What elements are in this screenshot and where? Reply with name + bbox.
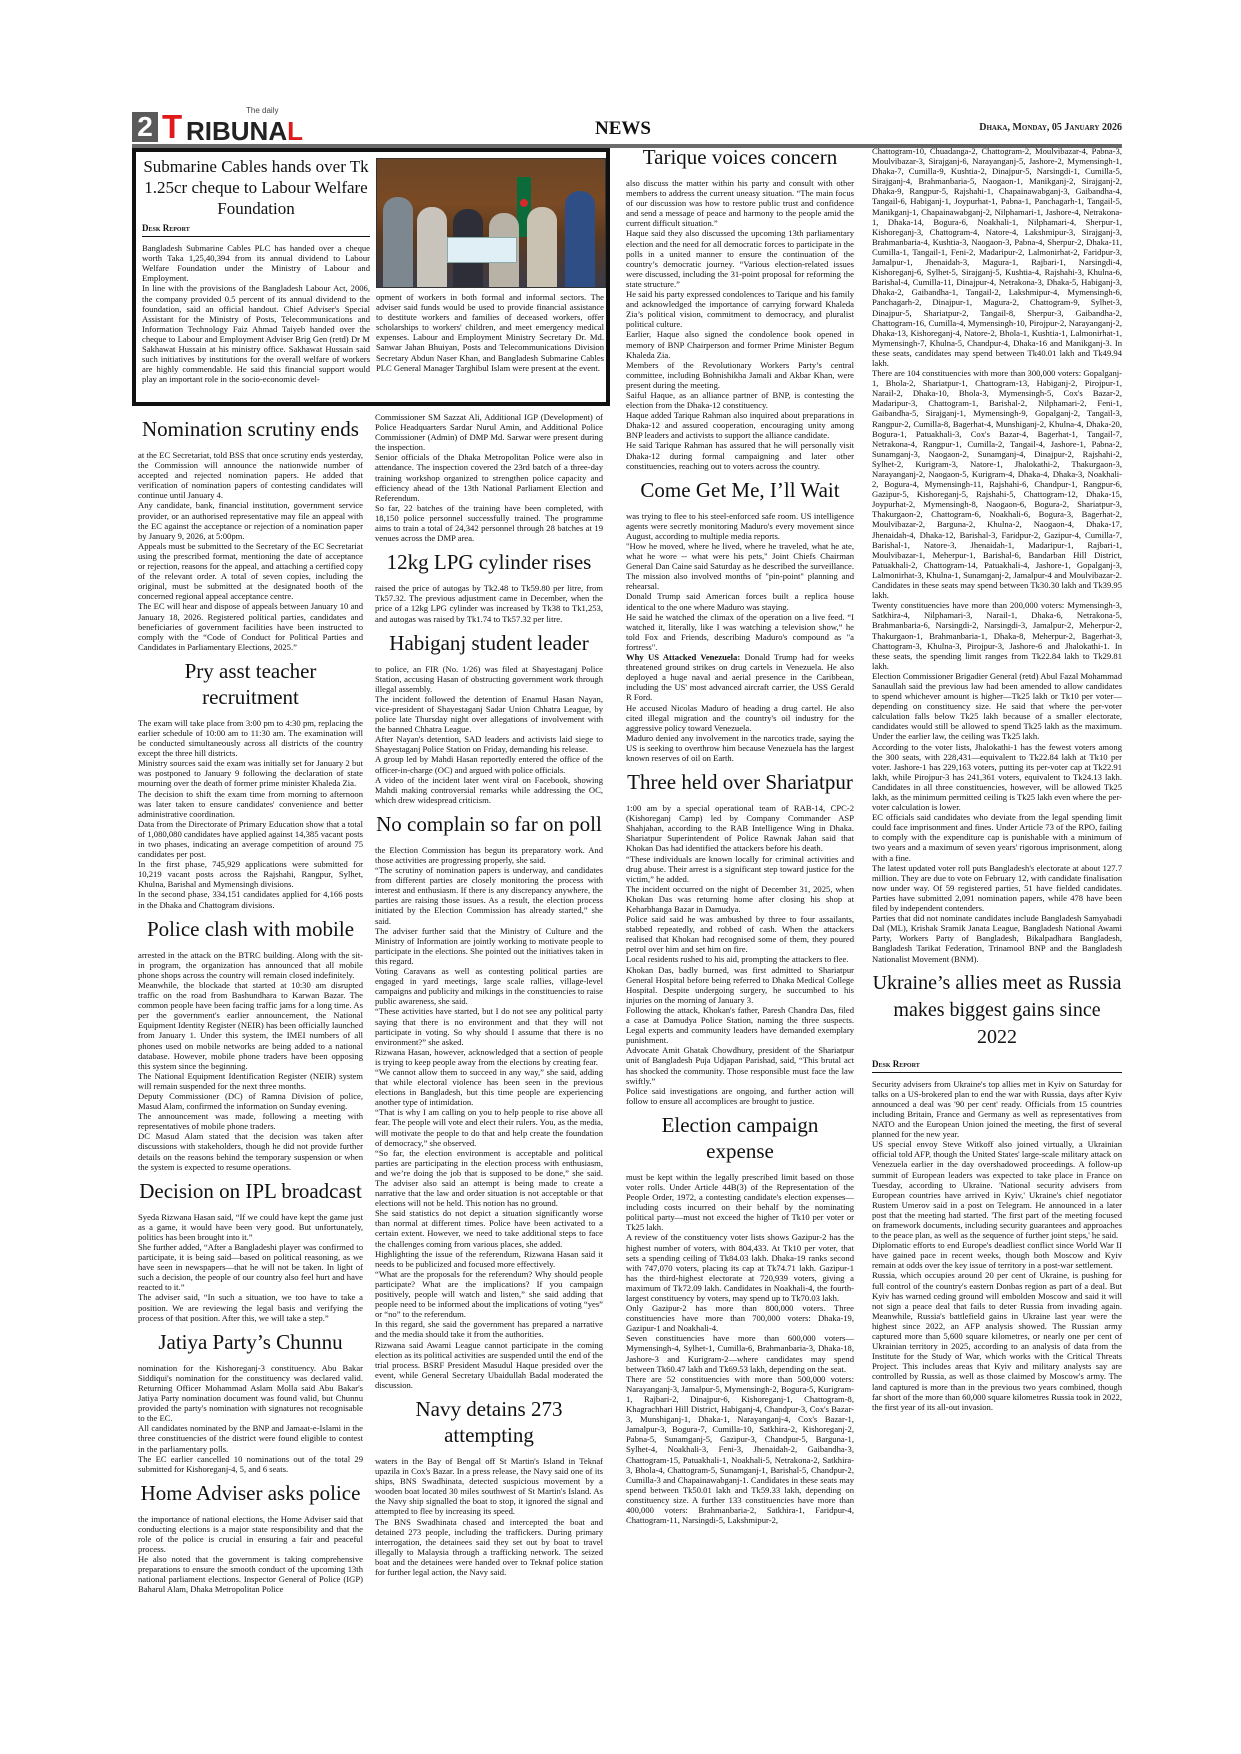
- headline: Decision on IPL broadcast: [138, 1178, 363, 1204]
- paragraph: Russia, which occupies around 20 per cen…: [872, 1270, 1122, 1411]
- paragraph: He said he watched the climax of the ope…: [626, 612, 854, 652]
- logo-tagline: The daily: [246, 106, 278, 115]
- lead-story-col-2: opment of workers in both formal and inf…: [376, 292, 604, 373]
- article-election-expense: Election campaign expense must be kept w…: [626, 1112, 854, 1525]
- headline: 12kg LPG cylinder rises: [375, 549, 603, 575]
- paragraph: Diplomatic efforts to end Europe's deadl…: [872, 1240, 1122, 1270]
- paragraph: the Election Commission has begun its pr…: [375, 845, 603, 865]
- paragraph: After Nayan's detention, SAD leaders and…: [375, 734, 603, 754]
- paragraph: waters in the Bay of Bengal off St Marti…: [375, 1456, 603, 1517]
- logo-wordmark: RIBUNAL: [186, 118, 303, 144]
- paragraph: DC Masud Alam stated that the decision w…: [138, 1131, 363, 1171]
- paragraph: The announcement was made, following a m…: [138, 1111, 363, 1131]
- paragraph: “We cannot allow them to succeed in any …: [375, 1067, 603, 1107]
- logo-word-main: RIBUNA: [186, 116, 287, 146]
- article-ukraine: Ukraine’s allies meet as Russia makes bi…: [872, 970, 1122, 1412]
- paragraph: 1:00 am by a special operational team of…: [626, 803, 854, 853]
- paragraph: He said his party expressed condolences …: [626, 289, 854, 329]
- lead-story-col-1: Submarine Cables hands over Tk 1.25cr ch…: [142, 154, 370, 384]
- article-home-adviser-continued: Commissioner SM Sazzat Ali, Additional I…: [375, 412, 603, 543]
- logo-letter-t: T: [162, 110, 181, 144]
- headline: No complain so far on poll: [375, 811, 603, 837]
- paragraph: The incident followed the detention of E…: [375, 694, 603, 734]
- section-title: NEWS: [595, 118, 651, 140]
- paragraph: Donald Trump said American forces built …: [626, 591, 854, 611]
- article-poll: No complain so far on poll the Election …: [375, 811, 603, 1390]
- paragraph: Local residents rushed to his aid, promp…: [626, 954, 854, 964]
- paragraph: Advocate Amit Ghatak Chowdhury, presiden…: [626, 1045, 854, 1085]
- paragraph: The decision to shift the exam time from…: [138, 789, 363, 819]
- headline: Three held over Shariatpur: [626, 769, 854, 795]
- headline: Come Get Me, I’ll Wait: [626, 477, 854, 503]
- paragraph: Rizwana Hasan, however, acknowledged tha…: [375, 1047, 603, 1067]
- paragraph: The latest updated voter roll puts Bangl…: [872, 863, 1122, 913]
- paragraph: Senior officials of the Dhaka Metropolit…: [375, 452, 603, 502]
- headline: Ukraine’s allies meet as Russia makes bi…: [872, 970, 1122, 1051]
- paragraph: Saiful Haque, as an alliance partner of …: [626, 390, 854, 410]
- article-ipl-broadcast: Decision on IPL broadcast Syeda Rizwana …: [138, 1178, 363, 1323]
- dateline: Dhaka, Monday, 05 January 2026: [979, 122, 1122, 133]
- article-tarique: Tarique voices concern also discuss the …: [626, 144, 854, 471]
- headline: Navy detains 273 attempting: [375, 1396, 603, 1448]
- paragraph: The National Equipment Identification Re…: [138, 1071, 363, 1091]
- paragraph: So far, 22 batches of the training have …: [375, 503, 603, 543]
- paragraph: raised the price of autogas by Tk2.48 to…: [375, 583, 603, 623]
- paragraph: She said statistics do not depict a situ…: [375, 1208, 603, 1248]
- paragraph: “These activities have started, but I do…: [375, 1006, 603, 1046]
- paragraph: Voting Caravans as well as contesting po…: [375, 966, 603, 1006]
- newspaper-page: 2 The daily T RIBUNAL NEWS Dhaka, Monday…: [0, 0, 1241, 1754]
- paragraph: US special envoy Steve Witkoff also join…: [872, 1139, 1122, 1240]
- lead-headline: Submarine Cables hands over Tk 1.25cr ch…: [142, 156, 370, 219]
- paragraph: “The scrutiny of nomination papers is un…: [375, 865, 603, 926]
- paragraph: He said Tarique Rahman has assured that …: [626, 440, 854, 470]
- paragraph: In the second phase, 334,151 candidates …: [138, 889, 363, 909]
- paragraph: Chattogram-10, Chuadanga-2, Chattogram-2…: [872, 146, 1122, 368]
- paragraph: Rizwana said Awami League cannot partici…: [375, 1340, 603, 1390]
- paragraph: There are 52 constituencies with more th…: [626, 1374, 854, 1525]
- paragraph: Parties that did not nominate candidates…: [872, 913, 1122, 963]
- paragraph: Police said said he was ambushed by thre…: [626, 914, 854, 954]
- paragraph: The adviser said, “In such a situation, …: [138, 1292, 363, 1322]
- article-jatiya-party: Jatiya Party’s Chunnu nomination for the…: [138, 1329, 363, 1474]
- paragraph: Appeals must be submitted to the Secreta…: [138, 541, 363, 602]
- lead-paragraph: In line with the provisions of the Bangl…: [142, 283, 370, 384]
- paragraph: “These individuals are known locally for…: [626, 854, 854, 884]
- paragraph: He also noted that the government is tak…: [138, 1554, 363, 1594]
- article-teacher-recruitment: Pry asst teacher recruitment The exam wi…: [138, 658, 363, 910]
- lead-paragraph: Bangladesh Submarine Cables PLC has hand…: [142, 243, 370, 283]
- paragraph: "How he moved, where he lived, where he …: [626, 541, 854, 591]
- paragraph: Security advisers from Ukraine's top all…: [872, 1079, 1122, 1140]
- logo-word-last: L: [287, 116, 303, 146]
- paragraph: Twenty constituencies have more than 200…: [872, 600, 1122, 671]
- paragraph: Highlighting the issue of the referendum…: [375, 1249, 603, 1269]
- lead-story-box: Submarine Cables hands over Tk 1.25cr ch…: [132, 148, 610, 406]
- paragraph: A review of the constituency voter lists…: [626, 1232, 854, 1303]
- paragraph: Why US Attacked Venezuela: Donald Trump …: [626, 652, 854, 702]
- headline: Police clash with mobile: [138, 916, 363, 942]
- headline: Tarique voices concern: [626, 144, 854, 170]
- paragraph: The adviser further said that the Minist…: [375, 926, 603, 966]
- headline: Jatiya Party’s Chunnu: [138, 1329, 363, 1355]
- paragraph: Following the attack, Khokan's father, P…: [626, 1005, 854, 1045]
- headline: Pry asst teacher recruitment: [138, 658, 363, 710]
- paragraph: EC officials said candidates who deviate…: [872, 812, 1122, 862]
- paragraph: In the first phase, 745,929 applications…: [138, 859, 363, 889]
- paragraph: “So far, the election environment is acc…: [375, 1148, 603, 1209]
- paragraph: arrested in the attack on the BTRC build…: [138, 950, 363, 980]
- paragraph: Syeda Rizwana Hasan said, “If we could h…: [138, 1212, 363, 1242]
- column-3: Tarique voices concern also discuss the …: [626, 142, 854, 1525]
- article-habiganj: Habiganj student leader to police, an FI…: [375, 630, 603, 805]
- column-4: Chattogram-10, Chuadanga-2, Chattogram-2…: [872, 146, 1122, 1412]
- paragraph: There are 104 constituencies with more t…: [872, 368, 1122, 600]
- paragraph: He accused Nicolas Maduro of heading a d…: [626, 703, 854, 733]
- headline: Election campaign expense: [626, 1112, 854, 1164]
- paragraph: According to the voter lists, Jhalokathi…: [872, 742, 1122, 813]
- paragraph: Data from the Directorate of Primary Edu…: [138, 819, 363, 859]
- paragraph: A group led by Mahdi Hasan reportedly en…: [375, 754, 603, 774]
- article-shariatpur: Three held over Shariatpur 1:00 am by a …: [626, 769, 854, 1106]
- paragraph: “What are the proposals for the referend…: [375, 1269, 603, 1319]
- paragraph: All candidates nominated by the BNP and …: [138, 1423, 363, 1453]
- paragraph: was trying to flee to his steel-enforced…: [626, 511, 854, 541]
- paragraph: The EC earlier cancelled 10 nominations …: [138, 1454, 363, 1474]
- paragraph: The incident occurred on the night of De…: [626, 884, 854, 914]
- paragraph: Any candidate, bank, financial instituti…: [138, 500, 363, 540]
- article-nomination: Nomination scrutiny ends at the EC Secre…: [138, 416, 363, 652]
- paragraph: Haque said they also discussed the upcom…: [626, 228, 854, 289]
- paragraph: The exam will take place from 3:00 pm to…: [138, 718, 363, 758]
- article-lpg: 12kg LPG cylinder rises raised the price…: [375, 549, 603, 623]
- paragraph: at the EC Secretariat, told BSS that onc…: [138, 450, 363, 500]
- paragraph: to police, an FIR (No. 1/26) was filed a…: [375, 664, 603, 694]
- paragraph: Haque added Tarique Rahman also inquired…: [626, 410, 854, 440]
- column-1: Nomination scrutiny ends at the EC Secre…: [138, 410, 363, 1595]
- paragraph: Maduro denied any involvement in the nar…: [626, 733, 854, 763]
- page-number: 2: [132, 112, 158, 142]
- paragraph: Members of the Revolutionary Workers Par…: [626, 360, 854, 390]
- paragraph: Deputy Commissioner (DC) of Ramna Divisi…: [138, 1091, 363, 1111]
- headline: Nomination scrutiny ends: [138, 416, 363, 442]
- paragraph: the importance of national elections, th…: [138, 1514, 363, 1554]
- paragraph: Only Gazipur-2 has more than 800,000 vot…: [626, 1303, 854, 1333]
- paragraph: must be kept within the legally prescrib…: [626, 1172, 854, 1233]
- article-police-mobile: Police clash with mobile arrested in the…: [138, 916, 363, 1172]
- article-maduro: Come Get Me, I’ll Wait was trying to fle…: [626, 477, 854, 763]
- lead-photo: [376, 158, 606, 288]
- paragraph: Ministry sources said the exam was initi…: [138, 758, 363, 788]
- subhead: Why US Attacked Venezuela:: [626, 652, 740, 662]
- lead-byline: Desk Report: [142, 223, 370, 237]
- column-2: Commissioner SM Sazzat Ali, Additional I…: [375, 412, 603, 1577]
- paragraph: Election Commissioner Brigadier General …: [872, 671, 1122, 742]
- article-navy: Navy detains 273 attempting waters in th…: [375, 1396, 603, 1577]
- paragraph: A video of the incident later went viral…: [375, 775, 603, 805]
- article-election-expense-continued: Chattogram-10, Chuadanga-2, Chattogram-2…: [872, 146, 1122, 964]
- paragraph: also discuss the matter within his party…: [626, 178, 854, 228]
- headline: Home Adviser asks police: [138, 1480, 363, 1506]
- lead-continuation: opment of workers in both formal and inf…: [376, 292, 604, 373]
- paragraph: The BNS Swadhinata chased and intercepte…: [375, 1517, 603, 1578]
- headline: Habiganj student leader: [375, 630, 603, 656]
- paragraph: Meanwhile, the blockade that started at …: [138, 980, 363, 1071]
- byline: Desk Report: [872, 1059, 1122, 1073]
- paragraph: “That is why I am calling on you to help…: [375, 1107, 603, 1147]
- paragraph: The EC will hear and dispose of appeals …: [138, 601, 363, 651]
- paragraph: Seven constituencies have more than 600,…: [626, 1333, 854, 1373]
- paragraph: Earlier, Haque also signed the condolenc…: [626, 329, 854, 359]
- paragraph: Commissioner SM Sazzat Ali, Additional I…: [375, 412, 603, 452]
- article-home-adviser: Home Adviser asks police the importance …: [138, 1480, 363, 1595]
- paragraph: Police said investigations are ongoing, …: [626, 1086, 854, 1106]
- paragraph: In this regard, she said the government …: [375, 1319, 603, 1339]
- paragraph: She further added, “After a Bangladeshi …: [138, 1242, 363, 1292]
- cheque-image: [447, 237, 517, 263]
- paragraph: Khokan Das, badly burned, was first admi…: [626, 965, 854, 1005]
- paragraph: nomination for the Kishoreganj-3 constit…: [138, 1363, 363, 1424]
